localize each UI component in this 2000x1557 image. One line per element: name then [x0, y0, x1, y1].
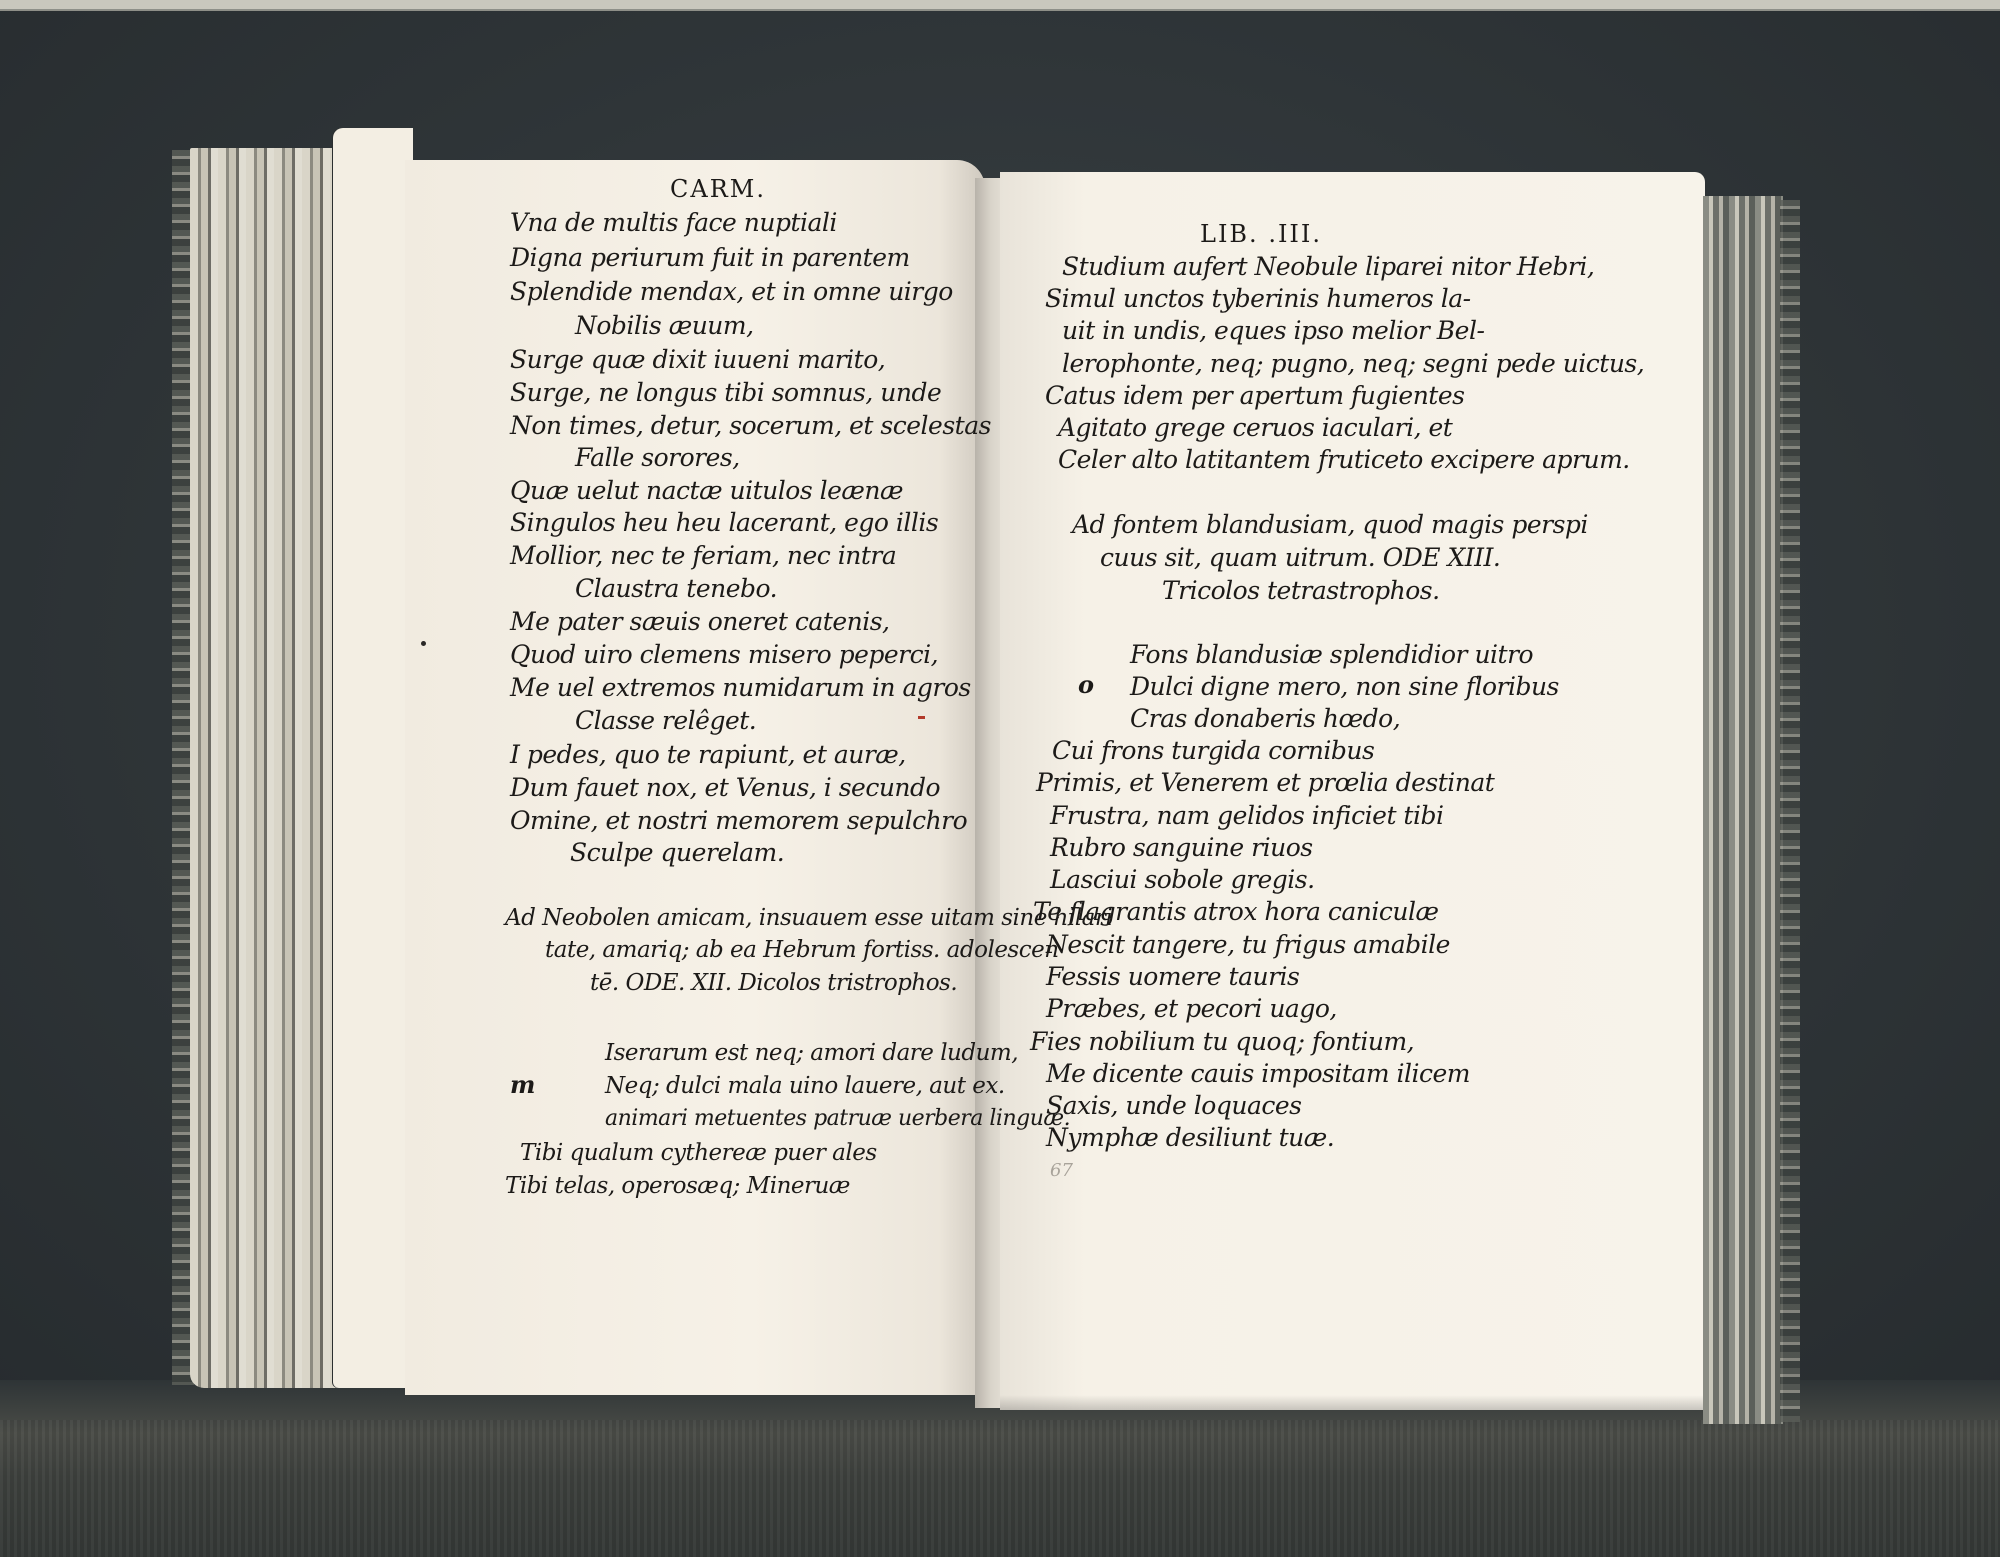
- verse-line: Cras donaberis hœdo,: [1130, 704, 1400, 733]
- verse-line: Quæ uelut nactæ uitulos leænæ: [510, 476, 903, 505]
- ode-title-line: Ad fontem blandusiam, quod magis perspi: [1072, 510, 1588, 539]
- verse-line: Singulos heu heu lacerant, ego illis: [510, 508, 938, 537]
- photo-top-edge: [0, 0, 2000, 11]
- verse-line: Fons blandusiæ splendidior uitro: [1130, 640, 1533, 669]
- verse-line: Rubro sanguine riuos: [1050, 833, 1313, 862]
- ode-title-line: Ad Neobolen amicam, insuauem esse uitam …: [505, 905, 1112, 931]
- verse-line: Celer alto latitantem fruticeto excipere…: [1058, 445, 1630, 474]
- verse-line: Nymphæ desiliunt tuæ.: [1046, 1123, 1334, 1152]
- ode-title-line: tē. ODE. XII. Dicolos tristrophos.: [590, 970, 957, 996]
- red-ink-mark: [918, 716, 925, 719]
- verse-line: Mollior, nec te feriam, nec intra: [510, 541, 896, 570]
- verse-line: uit in undis, eques ipso melior Bel-: [1062, 316, 1484, 345]
- verse-line: Quod uiro clemens misero peperci,: [510, 640, 938, 669]
- ink-spot: [421, 641, 426, 646]
- verse-line: Me pater sæuis oneret catenis,: [510, 607, 890, 636]
- verse-line: Non times, detur, socerum, et scelestas: [510, 411, 991, 440]
- verse-line: Nescit tangere, tu frigus amabile: [1046, 930, 1450, 959]
- verse-line: Catus idem per apertum fugientes: [1045, 381, 1464, 410]
- verse-line: Dum fauet nox, et Venus, i secundo: [510, 773, 940, 802]
- cloth-texture: [0, 1420, 2000, 1557]
- verse-line: Iserarum est neq; amori dare ludum,: [605, 1040, 1018, 1066]
- verse-line: Falle sorores,: [575, 443, 740, 472]
- verse-line: Me dicente cauis impositam ilicem: [1046, 1059, 1470, 1088]
- marginal-letter-right: o: [1078, 670, 1094, 699]
- verse-line: Nobilis æuum,: [575, 311, 754, 340]
- verse-line: Sculpe querelam.: [570, 838, 784, 867]
- left-page-block-edge: [190, 148, 338, 1388]
- verse-line: Splendide mendax, et in omne uirgo: [510, 277, 953, 306]
- verse-line: Simul unctos tyberinis humeros la-: [1045, 284, 1471, 313]
- verse-line: Fessis uomere tauris: [1046, 962, 1299, 991]
- running-head-lib: LIB. .III.: [1200, 220, 1322, 248]
- verse-line: Studium aufert Neobule liparei nitor Heb…: [1062, 252, 1594, 281]
- verse-line: Tibi qualum cythereæ puer ales: [520, 1140, 877, 1166]
- verse-line: Fies nobilium tu quoq; fontium,: [1030, 1027, 1414, 1056]
- verse-line: Primis, et Venerem et prœlia destinat: [1036, 768, 1494, 797]
- right-page-shadow: [1000, 1395, 1705, 1410]
- ode-title-line: Tricolos tetrastrophos.: [1162, 576, 1440, 605]
- right-binding-tooling: [1780, 200, 1800, 1422]
- verse-line: Me uel extremos numidarum in agros: [510, 673, 971, 702]
- pencil-folio-number: 67: [1050, 1160, 1073, 1181]
- verse-line: Dulci digne mero, non sine floribus: [1130, 672, 1559, 701]
- ode-title-line: tate, amariq; ab ea Hebrum fortiss. adol…: [545, 937, 1059, 963]
- right-page-block-edge: [1703, 196, 1783, 1424]
- left-underlying-leaf: [333, 128, 413, 1388]
- verse-line: Lasciui sobole gregis.: [1050, 865, 1315, 894]
- verse-line: Te flagrantis atrox hora caniculæ: [1033, 897, 1438, 926]
- verse-line: Classe relêget.: [575, 706, 756, 735]
- running-head-carm: CARM.: [670, 175, 766, 203]
- verse-line: Surge quæ dixit iuueni marito,: [510, 345, 885, 374]
- verse-line: Saxis, unde loquaces: [1046, 1091, 1301, 1120]
- verse-line: animari metuentes patruæ uerbera linguæ.: [605, 1106, 1070, 1131]
- verse-line: Claustra tenebo.: [575, 574, 777, 603]
- verse-line: Tibi telas, operosæq; Mineruæ: [505, 1173, 850, 1199]
- verse-line: I pedes, quo te rapiunt, et auræ,: [510, 740, 906, 769]
- verse-line: Omine, et nostri memorem sepulchro: [510, 806, 967, 835]
- verse-line: Vna de multis face nuptiali: [510, 208, 837, 237]
- verse-line: Frustra, nam gelidos inficiet tibi: [1050, 801, 1443, 830]
- verse-line: Cui frons turgida cornibus: [1052, 736, 1374, 765]
- verse-line: Surge, ne longus tibi somnus, unde: [510, 378, 941, 407]
- verse-line: Digna periurum fuit in parentem: [510, 243, 910, 272]
- verse-line: Neq; dulci mala uino lauere, aut ex.: [605, 1073, 1005, 1099]
- verse-line: lerophonte, neq; pugno, neq; segni pede …: [1062, 349, 1644, 378]
- ode-title-line: cuus sit, quam uitrum. ODE XIII.: [1100, 543, 1500, 572]
- verse-line: Agitato grege ceruos iaculari, et: [1058, 413, 1452, 442]
- verse-line: Præbes, et pecori uago,: [1046, 994, 1337, 1023]
- marginal-letter-left: m: [510, 1070, 535, 1099]
